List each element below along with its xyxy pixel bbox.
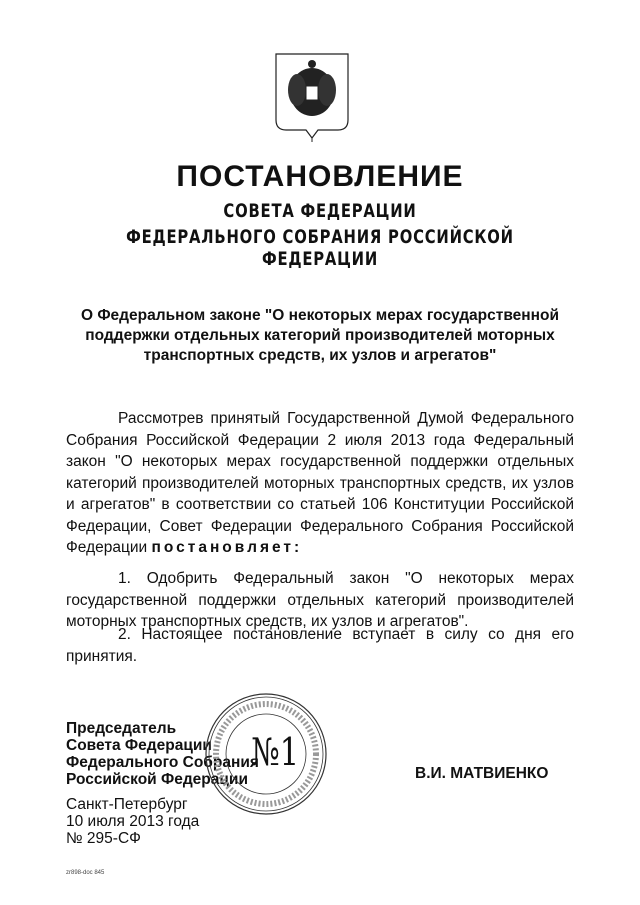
signatory-name: В.И. МАТВИЕНКО	[415, 765, 548, 783]
date: 10 июля 2013 года	[66, 813, 199, 830]
item-1: 1. Одобрить Федеральный закон "О некотор…	[66, 568, 574, 633]
document-subtitle-1: СОВЕТА ФЕДЕРАЦИИ	[70, 200, 569, 222]
document-subtitle-2: ФЕДЕРАЛЬНОГО СОБРАНИЯ РОССИЙСКОЙ ФЕДЕРАЦ…	[70, 226, 569, 270]
document-number: № 295-СФ	[66, 830, 199, 847]
item-2: 2. Настоящее постановление вступает в си…	[66, 624, 574, 667]
city: Санкт-Петербург	[66, 796, 199, 813]
preamble-paragraph: Рассмотрев принятый Государственной Думо…	[66, 408, 574, 559]
place-and-date: Санкт-Петербург 10 июля 2013 года № 295-…	[66, 796, 199, 847]
decides-text: постановляет:	[151, 539, 302, 556]
preamble-text: Рассмотрев принятый Государственной Думо…	[66, 410, 574, 556]
stamp-number: №1	[251, 730, 299, 774]
coat-of-arms-icon	[272, 50, 352, 142]
document-subject: О Федеральном законе "О некоторых мерах …	[60, 306, 580, 366]
footer-code: zr898-doc 845	[66, 870, 104, 876]
document-title: ПОСТАНОВЛЕНИЕ	[0, 160, 640, 194]
